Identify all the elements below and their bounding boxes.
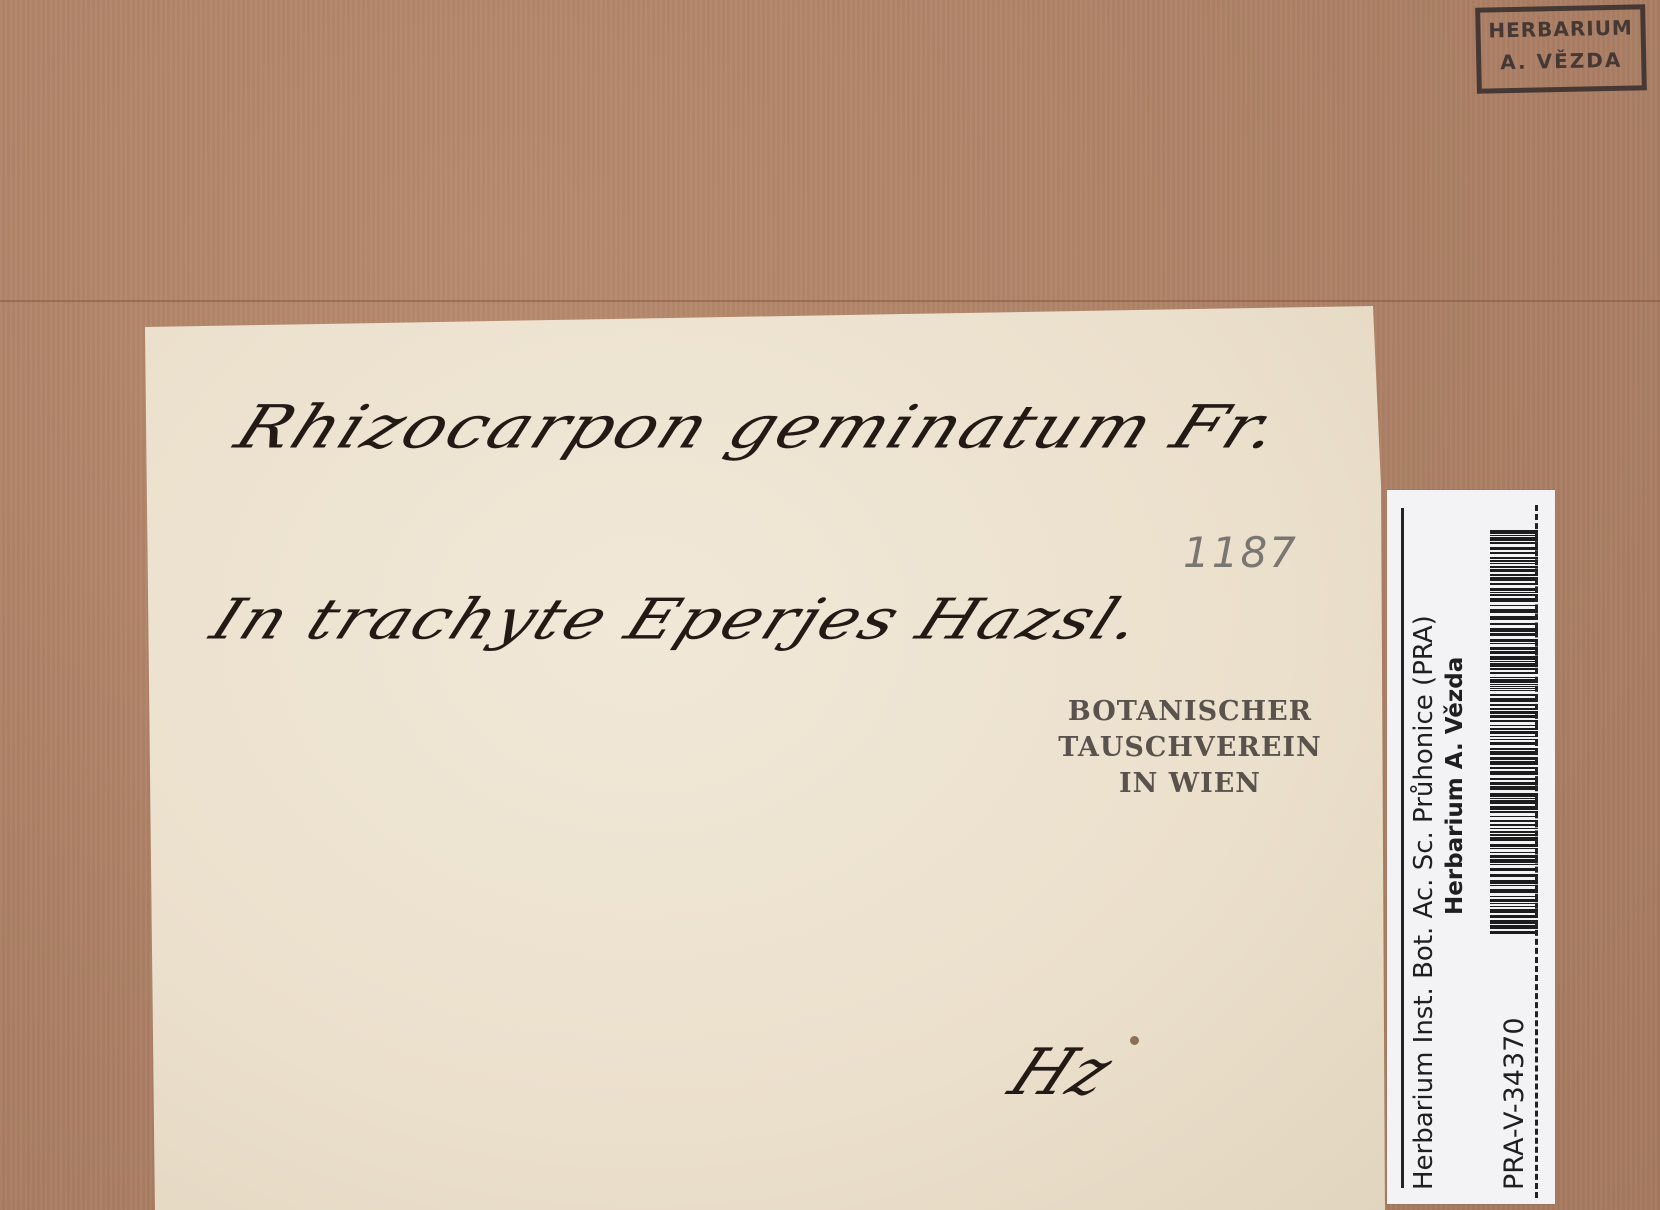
ink-spot [1130, 1036, 1139, 1045]
tauschverein-line-2: TAUSCHVEREIN [1045, 730, 1335, 766]
tauschverein-line-1: BOTANISCHER [1045, 694, 1335, 730]
institution-text: Herbarium Inst. Bot. Ac. Sc. Průhonice (… [1409, 615, 1439, 1190]
tauschverein-stamp: BOTANISCHER TAUSCHVEREIN IN WIEN [1045, 694, 1335, 802]
handwritten-locality: In trachyte Eperjes Hazsl. [202, 587, 1154, 652]
label-rule-line [1401, 508, 1404, 1188]
stamp-line-2: A. VĚZDA [1481, 47, 1641, 74]
handwritten-signature: Hz [998, 1036, 1126, 1110]
tauschverein-line-3: IN WIEN [1045, 766, 1335, 802]
pencil-number: 1187 [1183, 528, 1298, 577]
collection-text: Herbarium A. Vězda [1442, 657, 1468, 915]
cut-line [1535, 505, 1538, 1198]
specimen-label-paper: Rhizocarpon geminatum Fr. 1187 In trachy… [145, 306, 1385, 1210]
catalog-number: PRA-V-34370 [1499, 1017, 1530, 1190]
stamp-line-1: HERBARIUM [1480, 15, 1640, 42]
barcode-label: Herbarium Inst. Bot. Ac. Sc. Průhonice (… [1387, 490, 1555, 1204]
handwritten-taxon-name: Rhizocarpon geminatum Fr. [226, 392, 1292, 462]
herbarium-vezda-stamp: HERBARIUM A. VĚZDA [1475, 4, 1647, 94]
sheet-fold-line [0, 300, 1660, 302]
barcode-icon [1490, 530, 1538, 940]
